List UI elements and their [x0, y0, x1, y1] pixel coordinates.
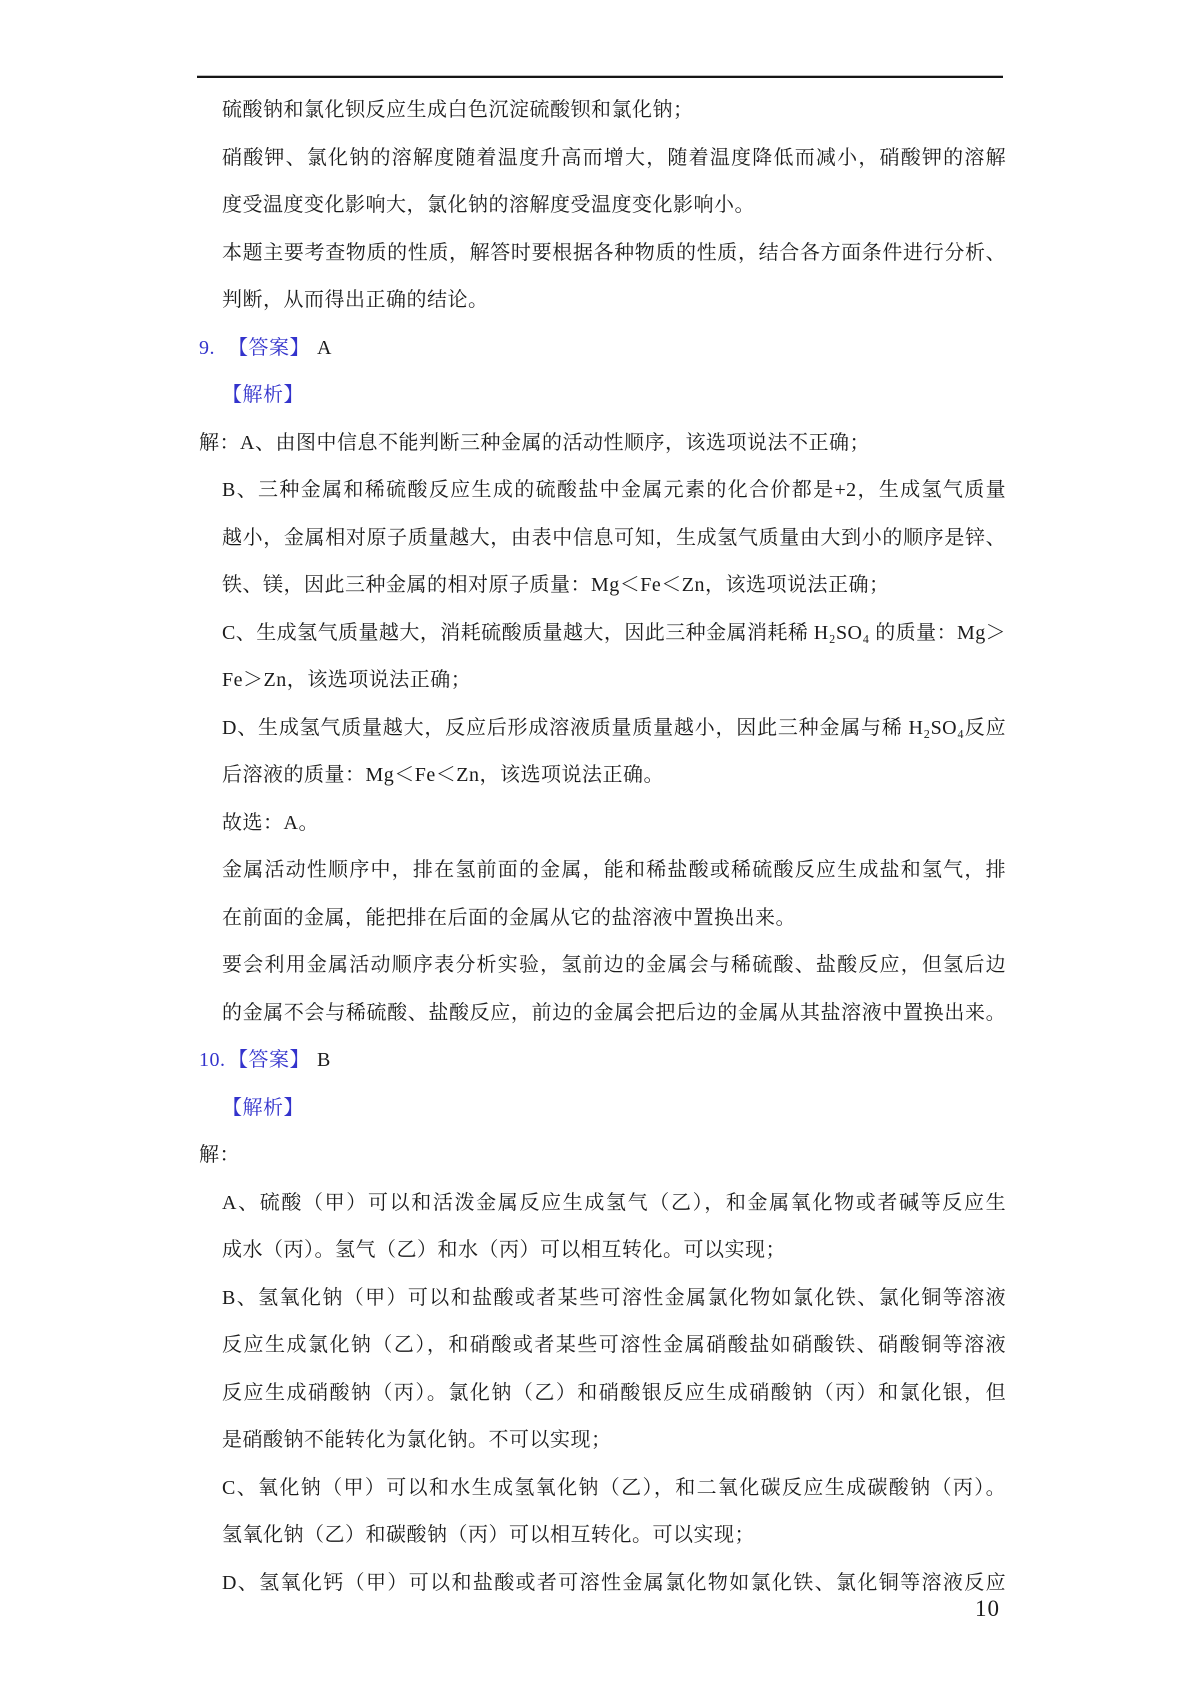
question-number: 9.: [199, 325, 228, 373]
text-line: 金属活动性顺序中，排在氢前面的金属，能和稀盐酸或稀硫酸反应生成盐和氢气，排: [199, 847, 1006, 895]
answer-line-10: 10.【答案】B: [199, 1037, 1006, 1085]
text-line: 判断，从而得出正确的结论。: [199, 277, 1006, 325]
text-line: 氢氧化钠（乙）和碳酸钠（丙）可以相互转化。可以实现；: [199, 1512, 1006, 1560]
text-line: 本题主要考查物质的性质，解答时要根据各种物质的性质，结合各方面条件进行分析、: [199, 230, 1006, 278]
text-line: A、硫酸（甲）可以和活泼金属反应生成氢气（乙），和金属氧化物或者碱等反应生: [199, 1180, 1006, 1228]
text-line: 在前面的金属，能把排在后面的金属从它的盐溶液中置换出来。: [199, 895, 1006, 943]
text-line: B、氢氧化钠（甲）可以和盐酸或者某些可溶性金属氯化物如氯化铁、氯化铜等溶液: [199, 1275, 1006, 1323]
text-line: C、氧化钠（甲）可以和水生成氢氧化钠（乙），和二氧化碳反应生成碳酸钠（丙）。: [199, 1465, 1006, 1513]
text-line: Fe＞Zn，该选项说法正确；: [199, 657, 1006, 705]
text-line: 后溶液的质量：Mg＜Fe＜Zn，该选项说法正确。: [199, 752, 1006, 800]
text-line: D、氢氧化钙（甲）可以和盐酸或者可溶性金属氯化物如氯化铁、氯化铜等溶液反应: [199, 1560, 1006, 1608]
text-line: 硫酸钠和氯化钡反应生成白色沉淀硫酸钡和氯化钠；: [199, 87, 1006, 135]
text-line: 成水（丙）。氢气（乙）和水（丙）可以相互转化。可以实现；: [199, 1227, 1006, 1275]
text-line: 铁、镁，因此三种金属的相对原子质量：Mg＜Fe＜Zn，该选项说法正确；: [199, 562, 1006, 610]
text-line: 硝酸钾、氯化钠的溶解度随着温度升高而增大，随着温度降低而减小，硝酸钾的溶解: [199, 135, 1006, 183]
text-line: 反应生成硝酸钠（丙）。氯化钠（乙）和硝酸银反应生成硝酸钠（丙）和氯化银，但: [199, 1370, 1006, 1418]
document-page: 硫酸钠和氯化钡反应生成白色沉淀硫酸钡和氯化钠； 硝酸钾、氯化钠的溶解度随着温度升…: [0, 0, 1200, 1698]
page-number: 10: [975, 1596, 1000, 1622]
answer-value: B: [317, 1049, 331, 1071]
header-divider: [197, 75, 1003, 78]
analysis-label: 【解析】: [199, 372, 1006, 420]
text-line: 要会利用金属活动顺序表分析实验，氢前边的金属会与稀硫酸、盐酸反应，但氢后边: [199, 942, 1006, 990]
analysis-label: 【解析】: [199, 1085, 1006, 1133]
text-line: 反应生成氯化钠（乙），和硝酸或者某些可溶性金属硝酸盐如硝酸铁、硝酸铜等溶液: [199, 1322, 1006, 1370]
text-line: 解：: [199, 1132, 1006, 1180]
text-line: 故选：A。: [199, 800, 1006, 848]
text-line: C、生成氢气质量越大，消耗硫酸质量越大，因此三种金属消耗稀 H₂SO₄ 的质量：…: [199, 610, 1006, 658]
answer-line-9: 9.【答案】A: [199, 325, 1006, 373]
document-content: 硫酸钠和氯化钡反应生成白色沉淀硫酸钡和氯化钠； 硝酸钾、氯化钠的溶解度随着温度升…: [199, 87, 1006, 1607]
text-line: 的金属不会与稀硫酸、盐酸反应，前边的金属会把后边的金属从其盐溶液中置换出来。: [199, 990, 1006, 1038]
text-line: 解：A、由图中信息不能判断三种金属的活动性顺序，该选项说法不正确；: [199, 420, 1006, 468]
question-number: 10.: [199, 1037, 228, 1085]
text-line: D、生成氢气质量越大，反应后形成溶液质量质量越小，因此三种金属与稀 H₂SO₄反…: [199, 705, 1006, 753]
text-line: 度受温度变化影响大，氯化钠的溶解度受温度变化影响小。: [199, 182, 1006, 230]
text-line: 是硝酸钠不能转化为氯化钠。不可以实现；: [199, 1417, 1006, 1465]
answer-label: 【答案】: [228, 1049, 310, 1071]
answer-label: 【答案】: [228, 337, 310, 359]
text-line: 越小，金属相对原子质量越大，由表中信息可知，生成氢气质量由大到小的顺序是锌、: [199, 515, 1006, 563]
answer-value: A: [317, 337, 332, 359]
text-line: B、三种金属和稀硫酸反应生成的硫酸盐中金属元素的化合价都是+2，生成氢气质量: [199, 467, 1006, 515]
